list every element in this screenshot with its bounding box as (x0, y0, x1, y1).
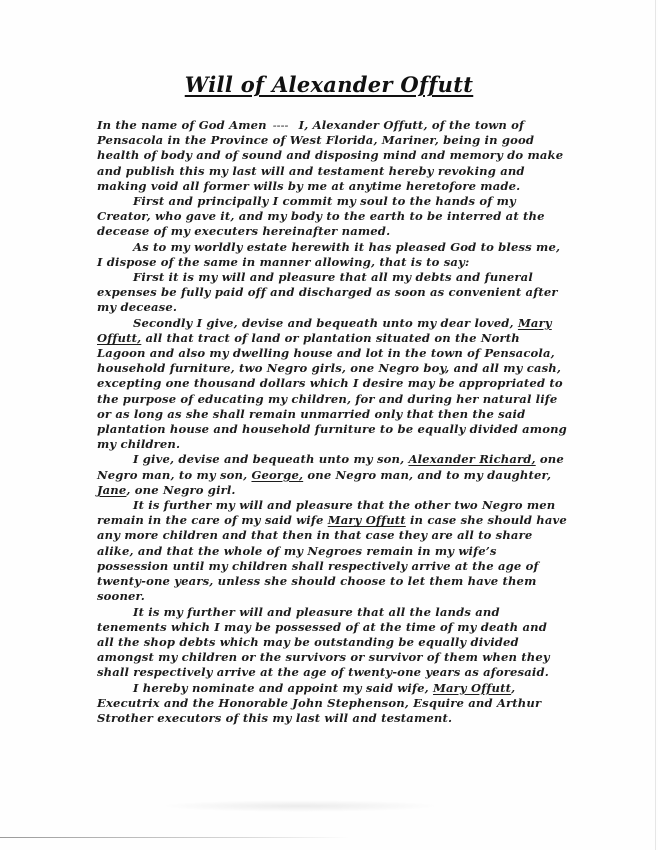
scan-edge-bottom (0, 837, 350, 838)
document-body: In the name of God Amen---- I, Alexander… (97, 118, 567, 726)
paragraph: First and principally I commit my soul t… (97, 194, 567, 240)
text-run: It is my further will and pleasure that … (97, 605, 550, 680)
underlined-name: Alexander Richard, (408, 452, 535, 466)
underlined-name: Mary Offutt (328, 513, 406, 527)
text-run: I give, devise and bequeath unto my son, (133, 452, 408, 466)
underlined-name: Mary Offutt (433, 681, 511, 695)
document-page: Will of Alexander Offutt In the name of … (0, 0, 658, 850)
text-run: one Negro man, and to my daughter, (303, 468, 551, 482)
paragraph: Secondly I give, devise and bequeath unt… (97, 316, 567, 453)
paragraph: I hereby nominate and appoint my said wi… (97, 681, 567, 727)
scan-smudge (160, 800, 440, 812)
scan-edge-right (655, 0, 656, 850)
paragraph: It is my further will and pleasure that … (97, 605, 567, 681)
text-run: , one Negro girl. (126, 483, 235, 497)
text-run: I hereby nominate and appoint my said wi… (133, 681, 433, 695)
text-run: First and principally I commit my soul t… (97, 194, 545, 238)
text-run: As to my worldly estate herewith it has … (97, 240, 560, 269)
text-run: In the name of God Amen (97, 118, 267, 132)
text-run: all that tract of land or plantation sit… (97, 331, 567, 451)
dash-separator: ---- (273, 118, 289, 132)
paragraph: As to my worldly estate herewith it has … (97, 240, 567, 270)
underlined-name: Jane (97, 483, 126, 497)
underlined-name: George, (251, 468, 303, 482)
text-run: First it is my will and pleasure that al… (97, 270, 558, 314)
paragraph: In the name of God Amen---- I, Alexander… (97, 118, 567, 194)
paragraph: I give, devise and bequeath unto my son,… (97, 452, 567, 498)
document-title: Will of Alexander Offutt (0, 72, 658, 97)
paragraph: First it is my will and pleasure that al… (97, 270, 567, 316)
paragraph: It is further my will and pleasure that … (97, 498, 567, 604)
text-run: Secondly I give, devise and bequeath unt… (133, 316, 518, 330)
